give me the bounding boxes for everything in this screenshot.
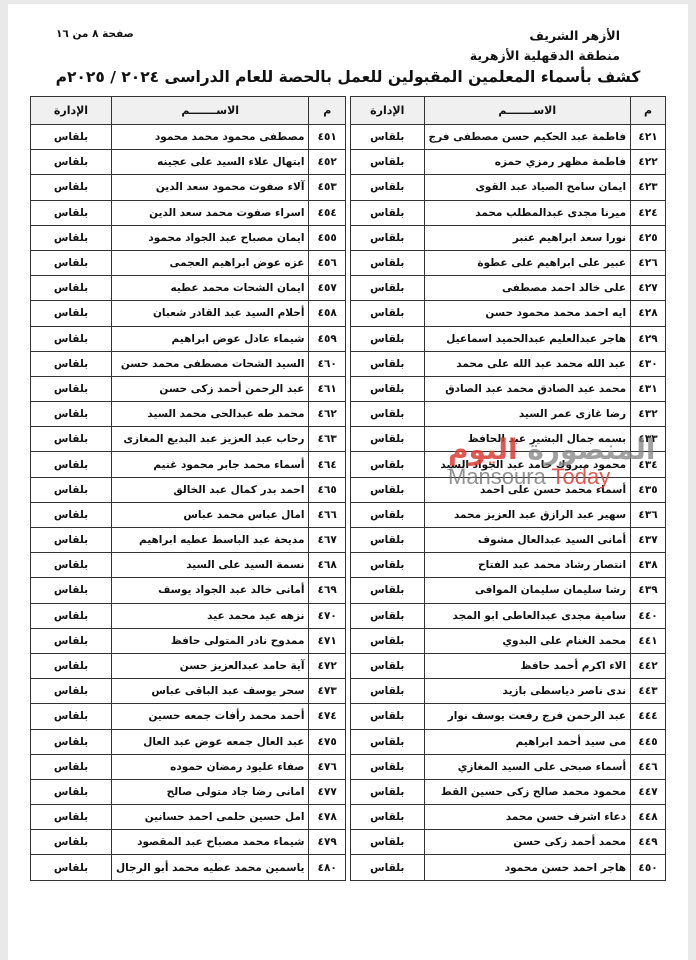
row-name: سهير عبد الرازق عبد العزيز محمد bbox=[424, 502, 631, 527]
row-department: بلقاس bbox=[31, 351, 112, 376]
row-department: بلقاس bbox=[351, 578, 425, 603]
table-row: ٤٧٩شيماء محمد مصباح عبد المقصودبلقاس bbox=[31, 830, 346, 855]
row-number: ٤٦٥ bbox=[309, 477, 346, 502]
row-department: بلقاس bbox=[31, 603, 112, 628]
row-number: ٤٣١ bbox=[631, 376, 666, 401]
row-department: بلقاس bbox=[31, 578, 112, 603]
table-row: ٤٧١ممدوح نادر المتولى حافظبلقاس bbox=[31, 628, 346, 653]
row-number: ٤٤٨ bbox=[631, 805, 666, 830]
row-number: ٤٥٤ bbox=[309, 200, 346, 225]
row-number: ٤٧٦ bbox=[309, 754, 346, 779]
row-name: نزهه عيد محمد عيد bbox=[111, 603, 308, 628]
row-department: بلقاس bbox=[351, 250, 425, 275]
row-department: بلقاس bbox=[351, 830, 425, 855]
row-number: ٤٤٩ bbox=[631, 830, 666, 855]
row-number: ٤٦٨ bbox=[309, 553, 346, 578]
row-name: اسراء صفوت محمد سعد الدين bbox=[111, 200, 308, 225]
row-department: بلقاس bbox=[31, 301, 112, 326]
region-name: منطقة الدقهلية الأزهرية bbox=[470, 46, 620, 66]
row-number: ٤٤٤ bbox=[631, 704, 666, 729]
row-department: بلقاس bbox=[31, 427, 112, 452]
tables-container: م الاســـــــم الإدارة ٤٥١مصطفى محمود مح… bbox=[30, 96, 666, 881]
row-name: ايمان مصباح عبد الجواد محمود bbox=[111, 225, 308, 250]
row-department: بلقاس bbox=[351, 276, 425, 301]
org-name: الأزهر الشريف bbox=[470, 26, 620, 46]
row-name: شيماء عادل عوض ابراهيم bbox=[111, 326, 308, 351]
table-row: ٤٢٦عبير على ابراهيم على عطوةبلقاس bbox=[351, 250, 666, 275]
row-name: ندى ناصر دياسطى بازيد bbox=[424, 679, 631, 704]
row-number: ٤٤٣ bbox=[631, 679, 666, 704]
row-department: بلقاس bbox=[31, 452, 112, 477]
row-number: ٤٤٠ bbox=[631, 603, 666, 628]
row-name: ياسمين محمد عطيه محمد أبو الرجال bbox=[111, 855, 308, 880]
table-row: ٤٣٤محمود مبروك حامد عبد الجواد السيدبلقا… bbox=[351, 452, 666, 477]
row-number: ٤٧٧ bbox=[309, 779, 346, 804]
row-name: محمود محمد صالح زكى حسين القط bbox=[424, 779, 631, 804]
row-number: ٤٤١ bbox=[631, 628, 666, 653]
table-row: ٤٥٣آلاء صفوت محمود سعد الدينبلقاس bbox=[31, 175, 346, 200]
row-name: ايمان الشحات محمد عطيه bbox=[111, 276, 308, 301]
row-name: رشا سليمان سليمان الموافى bbox=[424, 578, 631, 603]
row-name: ابتهال علاء السيد على عجينه bbox=[111, 150, 308, 175]
row-name: على خالد احمد مصطفى bbox=[424, 276, 631, 301]
row-number: ٤٦٩ bbox=[309, 578, 346, 603]
table-row: ٤٨٠ياسمين محمد عطيه محمد أبو الرجالبلقاس bbox=[31, 855, 346, 880]
table-row: ٤٦٧مديحة عبد الباسط عطيه ابراهيمبلقاس bbox=[31, 528, 346, 553]
row-number: ٤٢٣ bbox=[631, 175, 666, 200]
row-name: هاجر عبدالعليم عبدالحميد اسماعيل bbox=[424, 326, 631, 351]
row-department: بلقاس bbox=[351, 351, 425, 376]
row-number: ٤٧٤ bbox=[309, 704, 346, 729]
row-department: بلقاس bbox=[31, 754, 112, 779]
column-header-dept: الإدارة bbox=[31, 97, 112, 125]
row-department: بلقاس bbox=[31, 326, 112, 351]
row-department: بلقاس bbox=[351, 452, 425, 477]
right-table: م الاســـــــم الإدارة ٤٢١فاطمة عبد الحك… bbox=[350, 96, 666, 881]
row-name: سحر يوسف عبد الباقى عباس bbox=[111, 679, 308, 704]
row-department: بلقاس bbox=[31, 502, 112, 527]
row-department: بلقاس bbox=[31, 402, 112, 427]
row-department: بلقاس bbox=[31, 553, 112, 578]
row-department: بلقاس bbox=[351, 200, 425, 225]
row-name: آلاء صفوت محمود سعد الدين bbox=[111, 175, 308, 200]
row-name: محمد أحمد زكى حسن bbox=[424, 830, 631, 855]
row-name: أسماء محمد جابر محمود غنيم bbox=[111, 452, 308, 477]
row-name: السيد الشحات مصطفى محمد حسن bbox=[111, 351, 308, 376]
row-name: فاطمة مظهر رمزي حمزه bbox=[424, 150, 631, 175]
table-row: ٤٥٢ابتهال علاء السيد على عجينهبلقاس bbox=[31, 150, 346, 175]
row-department: بلقاس bbox=[31, 779, 112, 804]
column-header-num: م bbox=[309, 97, 346, 125]
row-department: بلقاس bbox=[351, 427, 425, 452]
table-row: ٤٧٣سحر يوسف عبد الباقى عباسبلقاس bbox=[31, 679, 346, 704]
row-number: ٤٦٦ bbox=[309, 502, 346, 527]
row-department: بلقاس bbox=[351, 653, 425, 678]
row-number: ٤٥٩ bbox=[309, 326, 346, 351]
row-number: ٤٥٣ bbox=[309, 175, 346, 200]
row-number: ٤٧١ bbox=[309, 628, 346, 653]
row-name: أحمد محمد رأفات جمعه حسين bbox=[111, 704, 308, 729]
table-row: ٤٢٩هاجر عبدالعليم عبدالحميد اسماعيلبلقاس bbox=[351, 326, 666, 351]
table-row: ٤٢٨ايه احمد محمد محمود حسنبلقاس bbox=[351, 301, 666, 326]
table-row: ٤٣٢رضا غازى عمر السيدبلقاس bbox=[351, 402, 666, 427]
left-table: م الاســـــــم الإدارة ٤٥١مصطفى محمود مح… bbox=[30, 96, 346, 881]
row-department: بلقاس bbox=[351, 628, 425, 653]
row-number: ٤٧٣ bbox=[309, 679, 346, 704]
right-table-body: ٤٢١فاطمة عبد الحكيم حسن مصطفى فرجبلقاس٤٢… bbox=[351, 125, 666, 881]
table-row: ٤٦٥احمد بدر كمال عبد الخالقبلقاس bbox=[31, 477, 346, 502]
row-name: عبد الرحمن أحمد زكى حسن bbox=[111, 376, 308, 401]
row-number: ٤٣٨ bbox=[631, 553, 666, 578]
row-department: بلقاس bbox=[31, 477, 112, 502]
table-row: ٤٦٣رحاب عبد العزيز عبد البديع المغازىبلق… bbox=[31, 427, 346, 452]
row-name: ميرنا مجدى عبدالمطلب محمد bbox=[424, 200, 631, 225]
row-name: أمانى خالد عبد الجواد يوسف bbox=[111, 578, 308, 603]
row-name: محمود مبروك حامد عبد الجواد السيد bbox=[424, 452, 631, 477]
row-number: ٤٤٥ bbox=[631, 729, 666, 754]
row-number: ٤٧٥ bbox=[309, 729, 346, 754]
row-department: بلقاس bbox=[351, 477, 425, 502]
row-number: ٤٥٥ bbox=[309, 225, 346, 250]
row-number: ٤٥٠ bbox=[631, 855, 666, 880]
table-row: ٤٥٩شيماء عادل عوض ابراهيمبلقاس bbox=[31, 326, 346, 351]
row-department: بلقاس bbox=[351, 704, 425, 729]
row-name: رضا غازى عمر السيد bbox=[424, 402, 631, 427]
org-header: الأزهر الشريف منطقة الدقهلية الأزهرية bbox=[470, 26, 620, 66]
row-number: ٤٥٦ bbox=[309, 250, 346, 275]
table-header-row: م الاســـــــم الإدارة bbox=[31, 97, 346, 125]
row-department: بلقاس bbox=[351, 376, 425, 401]
row-number: ٤٥٢ bbox=[309, 150, 346, 175]
row-number: ٤٧٢ bbox=[309, 653, 346, 678]
table-row: ٤٥٧ايمان الشحات محمد عطيهبلقاس bbox=[31, 276, 346, 301]
row-department: بلقاس bbox=[351, 679, 425, 704]
row-name: ممدوح نادر المتولى حافظ bbox=[111, 628, 308, 653]
table-row: ٤٣٧أمانى السيد عبدالعال مشوفبلقاس bbox=[351, 528, 666, 553]
table-row: ٤٤٥مى سيد أحمد ابراهيمبلقاس bbox=[351, 729, 666, 754]
table-row: ٤٤٦أسماء صبحى على السيد المغازيبلقاس bbox=[351, 754, 666, 779]
row-department: بلقاس bbox=[31, 528, 112, 553]
row-department: بلقاس bbox=[31, 125, 112, 150]
row-name: آية حامد عبدالعزيز حسن bbox=[111, 653, 308, 678]
table-header-row: م الاســـــــم الإدارة bbox=[351, 97, 666, 125]
row-department: بلقاس bbox=[31, 653, 112, 678]
table-row: ٤٧٠نزهه عيد محمد عيدبلقاس bbox=[31, 603, 346, 628]
row-name: رحاب عبد العزيز عبد البديع المغازى bbox=[111, 427, 308, 452]
table-row: ٤٥٠هاجر احمد حسن محمودبلقاس bbox=[351, 855, 666, 880]
row-department: بلقاس bbox=[31, 628, 112, 653]
table-row: ٤٦٨نسمة السيد على السيدبلقاس bbox=[31, 553, 346, 578]
row-number: ٤٢٤ bbox=[631, 200, 666, 225]
row-number: ٤٨٠ bbox=[309, 855, 346, 880]
row-name: بسمه جمال البشير عبد الحافظ bbox=[424, 427, 631, 452]
table-row: ٤٤٩محمد أحمد زكى حسنبلقاس bbox=[351, 830, 666, 855]
row-name: الاء اكرم أحمد حافظ bbox=[424, 653, 631, 678]
row-number: ٤٥٧ bbox=[309, 276, 346, 301]
table-row: ٤٦٠السيد الشحات مصطفى محمد حسنبلقاس bbox=[31, 351, 346, 376]
row-name: امال عباس محمد عباس bbox=[111, 502, 308, 527]
row-department: بلقاس bbox=[31, 175, 112, 200]
row-name: ايمان سامح الصياد عبد القوى bbox=[424, 175, 631, 200]
table-row: ٤٢٤ميرنا مجدى عبدالمطلب محمدبلقاس bbox=[351, 200, 666, 225]
row-name: عبد الرحمن فرج رفعت يوسف نوار bbox=[424, 704, 631, 729]
column-header-num: م bbox=[631, 97, 666, 125]
table-row: ٤٣١محمد عبد الصادق محمد عبد الصادقبلقاس bbox=[351, 376, 666, 401]
row-department: بلقاس bbox=[31, 679, 112, 704]
row-number: ٤٣٥ bbox=[631, 477, 666, 502]
table-row: ٤٤٢الاء اكرم أحمد حافظبلقاس bbox=[351, 653, 666, 678]
table-row: ٤٤٧محمود محمد صالح زكى حسين القطبلقاس bbox=[351, 779, 666, 804]
column-header-name: الاســـــــم bbox=[424, 97, 631, 125]
row-number: ٤٣٩ bbox=[631, 578, 666, 603]
table-row: ٤٤٨دعاء اشرف حسن محمدبلقاس bbox=[351, 805, 666, 830]
row-department: بلقاس bbox=[351, 855, 425, 880]
row-department: بلقاس bbox=[31, 225, 112, 250]
row-number: ٤٣٧ bbox=[631, 528, 666, 553]
left-table-body: ٤٥١مصطفى محمود محمد محمودبلقاس٤٥٢ابتهال … bbox=[31, 125, 346, 881]
table-row: ٤٥٥ايمان مصباح عبد الجواد محمودبلقاس bbox=[31, 225, 346, 250]
row-name: ايه احمد محمد محمود حسن bbox=[424, 301, 631, 326]
table-row: ٤٣٦سهير عبد الرازق عبد العزيز محمدبلقاس bbox=[351, 502, 666, 527]
row-department: بلقاس bbox=[351, 175, 425, 200]
row-name: عبير على ابراهيم على عطوة bbox=[424, 250, 631, 275]
page-indicator: صفحة ٨ من ١٦ bbox=[56, 28, 134, 40]
table-row: ٤٥١مصطفى محمود محمد محمودبلقاس bbox=[31, 125, 346, 150]
row-number: ٤٣٦ bbox=[631, 502, 666, 527]
row-department: بلقاس bbox=[31, 150, 112, 175]
row-number: ٤٣٠ bbox=[631, 351, 666, 376]
row-department: بلقاس bbox=[31, 200, 112, 225]
row-department: بلقاس bbox=[31, 704, 112, 729]
table-row: ٤٣٩رشا سليمان سليمان الموافىبلقاس bbox=[351, 578, 666, 603]
row-number: ٤٣٢ bbox=[631, 402, 666, 427]
table-row: ٤٣٥أسماء محمد حسن على احمدبلقاس bbox=[351, 477, 666, 502]
row-number: ٤٥١ bbox=[309, 125, 346, 150]
row-department: بلقاس bbox=[351, 528, 425, 553]
row-number: ٤٢٦ bbox=[631, 250, 666, 275]
table-row: ٤٢٢فاطمة مظهر رمزي حمزهبلقاس bbox=[351, 150, 666, 175]
table-row: ٤٦١عبد الرحمن أحمد زكى حسنبلقاس bbox=[31, 376, 346, 401]
row-number: ٤٢٥ bbox=[631, 225, 666, 250]
row-number: ٤٦٣ bbox=[309, 427, 346, 452]
row-department: بلقاس bbox=[351, 754, 425, 779]
document-title: كشف بأسماء المعلمين المقبولين للعمل بالح… bbox=[8, 68, 688, 86]
table-row: ٤٥٤اسراء صفوت محمد سعد الدينبلقاس bbox=[31, 200, 346, 225]
table-row: ٤٣٣بسمه جمال البشير عبد الحافظبلقاس bbox=[351, 427, 666, 452]
row-number: ٤٧٩ bbox=[309, 830, 346, 855]
row-department: بلقاس bbox=[31, 805, 112, 830]
row-department: بلقاس bbox=[351, 125, 425, 150]
table-row: ٤٤١محمد الغنام على البدويبلقاس bbox=[351, 628, 666, 653]
row-name: صفاء عليود رمضان حموده bbox=[111, 754, 308, 779]
table-row: ٤٧٦صفاء عليود رمضان حمودهبلقاس bbox=[31, 754, 346, 779]
table-row: ٤٦٩أمانى خالد عبد الجواد يوسفبلقاس bbox=[31, 578, 346, 603]
row-name: عبد الله محمد عبد الله على محمد bbox=[424, 351, 631, 376]
row-name: سامية مجدى عبدالعاطى ابو المجد bbox=[424, 603, 631, 628]
row-name: عزه عوض ابراهيم العجمى bbox=[111, 250, 308, 275]
row-department: بلقاس bbox=[351, 301, 425, 326]
row-name: نسمة السيد على السيد bbox=[111, 553, 308, 578]
row-department: بلقاس bbox=[351, 805, 425, 830]
row-name: شيماء محمد مصباح عبد المقصود bbox=[111, 830, 308, 855]
row-name: انتصار رشاد محمد عبد الفتاح bbox=[424, 553, 631, 578]
row-name: دعاء اشرف حسن محمد bbox=[424, 805, 631, 830]
row-name: امل حسين حلمى احمد حسانين bbox=[111, 805, 308, 830]
row-name: محمد طه عبدالحى محمد السيد bbox=[111, 402, 308, 427]
row-number: ٤٦٢ bbox=[309, 402, 346, 427]
row-number: ٤٤٦ bbox=[631, 754, 666, 779]
table-row: ٤٧٢آية حامد عبدالعزيز حسنبلقاس bbox=[31, 653, 346, 678]
row-name: أسماء محمد حسن على احمد bbox=[424, 477, 631, 502]
row-name: أسماء صبحى على السيد المغازي bbox=[424, 754, 631, 779]
table-row: ٤٢١فاطمة عبد الحكيم حسن مصطفى فرجبلقاس bbox=[351, 125, 666, 150]
row-name: هاجر احمد حسن محمود bbox=[424, 855, 631, 880]
row-name: أمانى السيد عبدالعال مشوف bbox=[424, 528, 631, 553]
row-number: ٤٤٧ bbox=[631, 779, 666, 804]
row-department: بلقاس bbox=[351, 779, 425, 804]
row-number: ٤٢١ bbox=[631, 125, 666, 150]
row-department: بلقاس bbox=[351, 729, 425, 754]
document-page: الأزهر الشريف منطقة الدقهلية الأزهرية صف… bbox=[8, 4, 688, 960]
row-number: ٤٢٩ bbox=[631, 326, 666, 351]
table-row: ٤٦٤أسماء محمد جابر محمود غنيمبلقاس bbox=[31, 452, 346, 477]
row-number: ٤٦٠ bbox=[309, 351, 346, 376]
row-department: بلقاس bbox=[31, 830, 112, 855]
table-row: ٤٢٥نورا سعد ابراهيم عنبربلقاس bbox=[351, 225, 666, 250]
row-name: مصطفى محمود محمد محمود bbox=[111, 125, 308, 150]
column-header-dept: الإدارة bbox=[351, 97, 425, 125]
row-name: عبد العال جمعه عوض عبد العال bbox=[111, 729, 308, 754]
row-department: بلقاس bbox=[351, 553, 425, 578]
row-number: ٤٦٤ bbox=[309, 452, 346, 477]
row-department: بلقاس bbox=[351, 225, 425, 250]
table-row: ٤٦٦امال عباس محمد عباسبلقاس bbox=[31, 502, 346, 527]
column-header-name: الاســـــــم bbox=[111, 97, 308, 125]
table-row: ٤٥٨أحلام السيد عبد القادر شعبانبلقاس bbox=[31, 301, 346, 326]
table-row: ٤٧٤أحمد محمد رأفات جمعه حسينبلقاس bbox=[31, 704, 346, 729]
row-department: بلقاس bbox=[351, 150, 425, 175]
row-number: ٤٣٤ bbox=[631, 452, 666, 477]
row-department: بلقاس bbox=[351, 326, 425, 351]
row-department: بلقاس bbox=[31, 729, 112, 754]
row-number: ٤٤٢ bbox=[631, 653, 666, 678]
row-number: ٤٢٨ bbox=[631, 301, 666, 326]
row-number: ٤٦٧ bbox=[309, 528, 346, 553]
row-number: ٤٧٠ bbox=[309, 603, 346, 628]
table-row: ٤٤٣ندى ناصر دياسطى بازيدبلقاس bbox=[351, 679, 666, 704]
row-number: ٤٢٧ bbox=[631, 276, 666, 301]
row-number: ٤٣٣ bbox=[631, 427, 666, 452]
row-number: ٤٧٨ bbox=[309, 805, 346, 830]
row-name: محمد الغنام على البدوي bbox=[424, 628, 631, 653]
table-row: ٤٧٨امل حسين حلمى احمد حسانينبلقاس bbox=[31, 805, 346, 830]
table-row: ٤٤٤عبد الرحمن فرج رفعت يوسف نواربلقاس bbox=[351, 704, 666, 729]
table-row: ٤٣٠عبد الله محمد عبد الله على محمدبلقاس bbox=[351, 351, 666, 376]
table-row: ٤٥٦عزه عوض ابراهيم العجمىبلقاس bbox=[31, 250, 346, 275]
table-row: ٤٦٢محمد طه عبدالحى محمد السيدبلقاس bbox=[31, 402, 346, 427]
table-row: ٤٧٧امانى رضا جاد متولى صالحبلقاس bbox=[31, 779, 346, 804]
table-row: ٤٣٨انتصار رشاد محمد عبد الفتاحبلقاس bbox=[351, 553, 666, 578]
row-name: مديحة عبد الباسط عطيه ابراهيم bbox=[111, 528, 308, 553]
row-name: فاطمة عبد الحكيم حسن مصطفى فرج bbox=[424, 125, 631, 150]
row-department: بلقاس bbox=[31, 855, 112, 880]
row-department: بلقاس bbox=[351, 402, 425, 427]
row-name: أحلام السيد عبد القادر شعبان bbox=[111, 301, 308, 326]
row-name: امانى رضا جاد متولى صالح bbox=[111, 779, 308, 804]
row-name: نورا سعد ابراهيم عنبر bbox=[424, 225, 631, 250]
row-department: بلقاس bbox=[31, 276, 112, 301]
table-row: ٤٢٧على خالد احمد مصطفىبلقاس bbox=[351, 276, 666, 301]
row-department: بلقاس bbox=[31, 376, 112, 401]
row-number: ٤٢٢ bbox=[631, 150, 666, 175]
row-department: بلقاس bbox=[351, 502, 425, 527]
row-number: ٤٦١ bbox=[309, 376, 346, 401]
row-number: ٤٥٨ bbox=[309, 301, 346, 326]
row-name: مى سيد أحمد ابراهيم bbox=[424, 729, 631, 754]
table-row: ٤٧٥عبد العال جمعه عوض عبد العالبلقاس bbox=[31, 729, 346, 754]
row-department: بلقاس bbox=[351, 603, 425, 628]
row-department: بلقاس bbox=[31, 250, 112, 275]
row-name: محمد عبد الصادق محمد عبد الصادق bbox=[424, 376, 631, 401]
row-name: احمد بدر كمال عبد الخالق bbox=[111, 477, 308, 502]
table-row: ٤٤٠سامية مجدى عبدالعاطى ابو المجدبلقاس bbox=[351, 603, 666, 628]
table-row: ٤٢٣ايمان سامح الصياد عبد القوىبلقاس bbox=[351, 175, 666, 200]
